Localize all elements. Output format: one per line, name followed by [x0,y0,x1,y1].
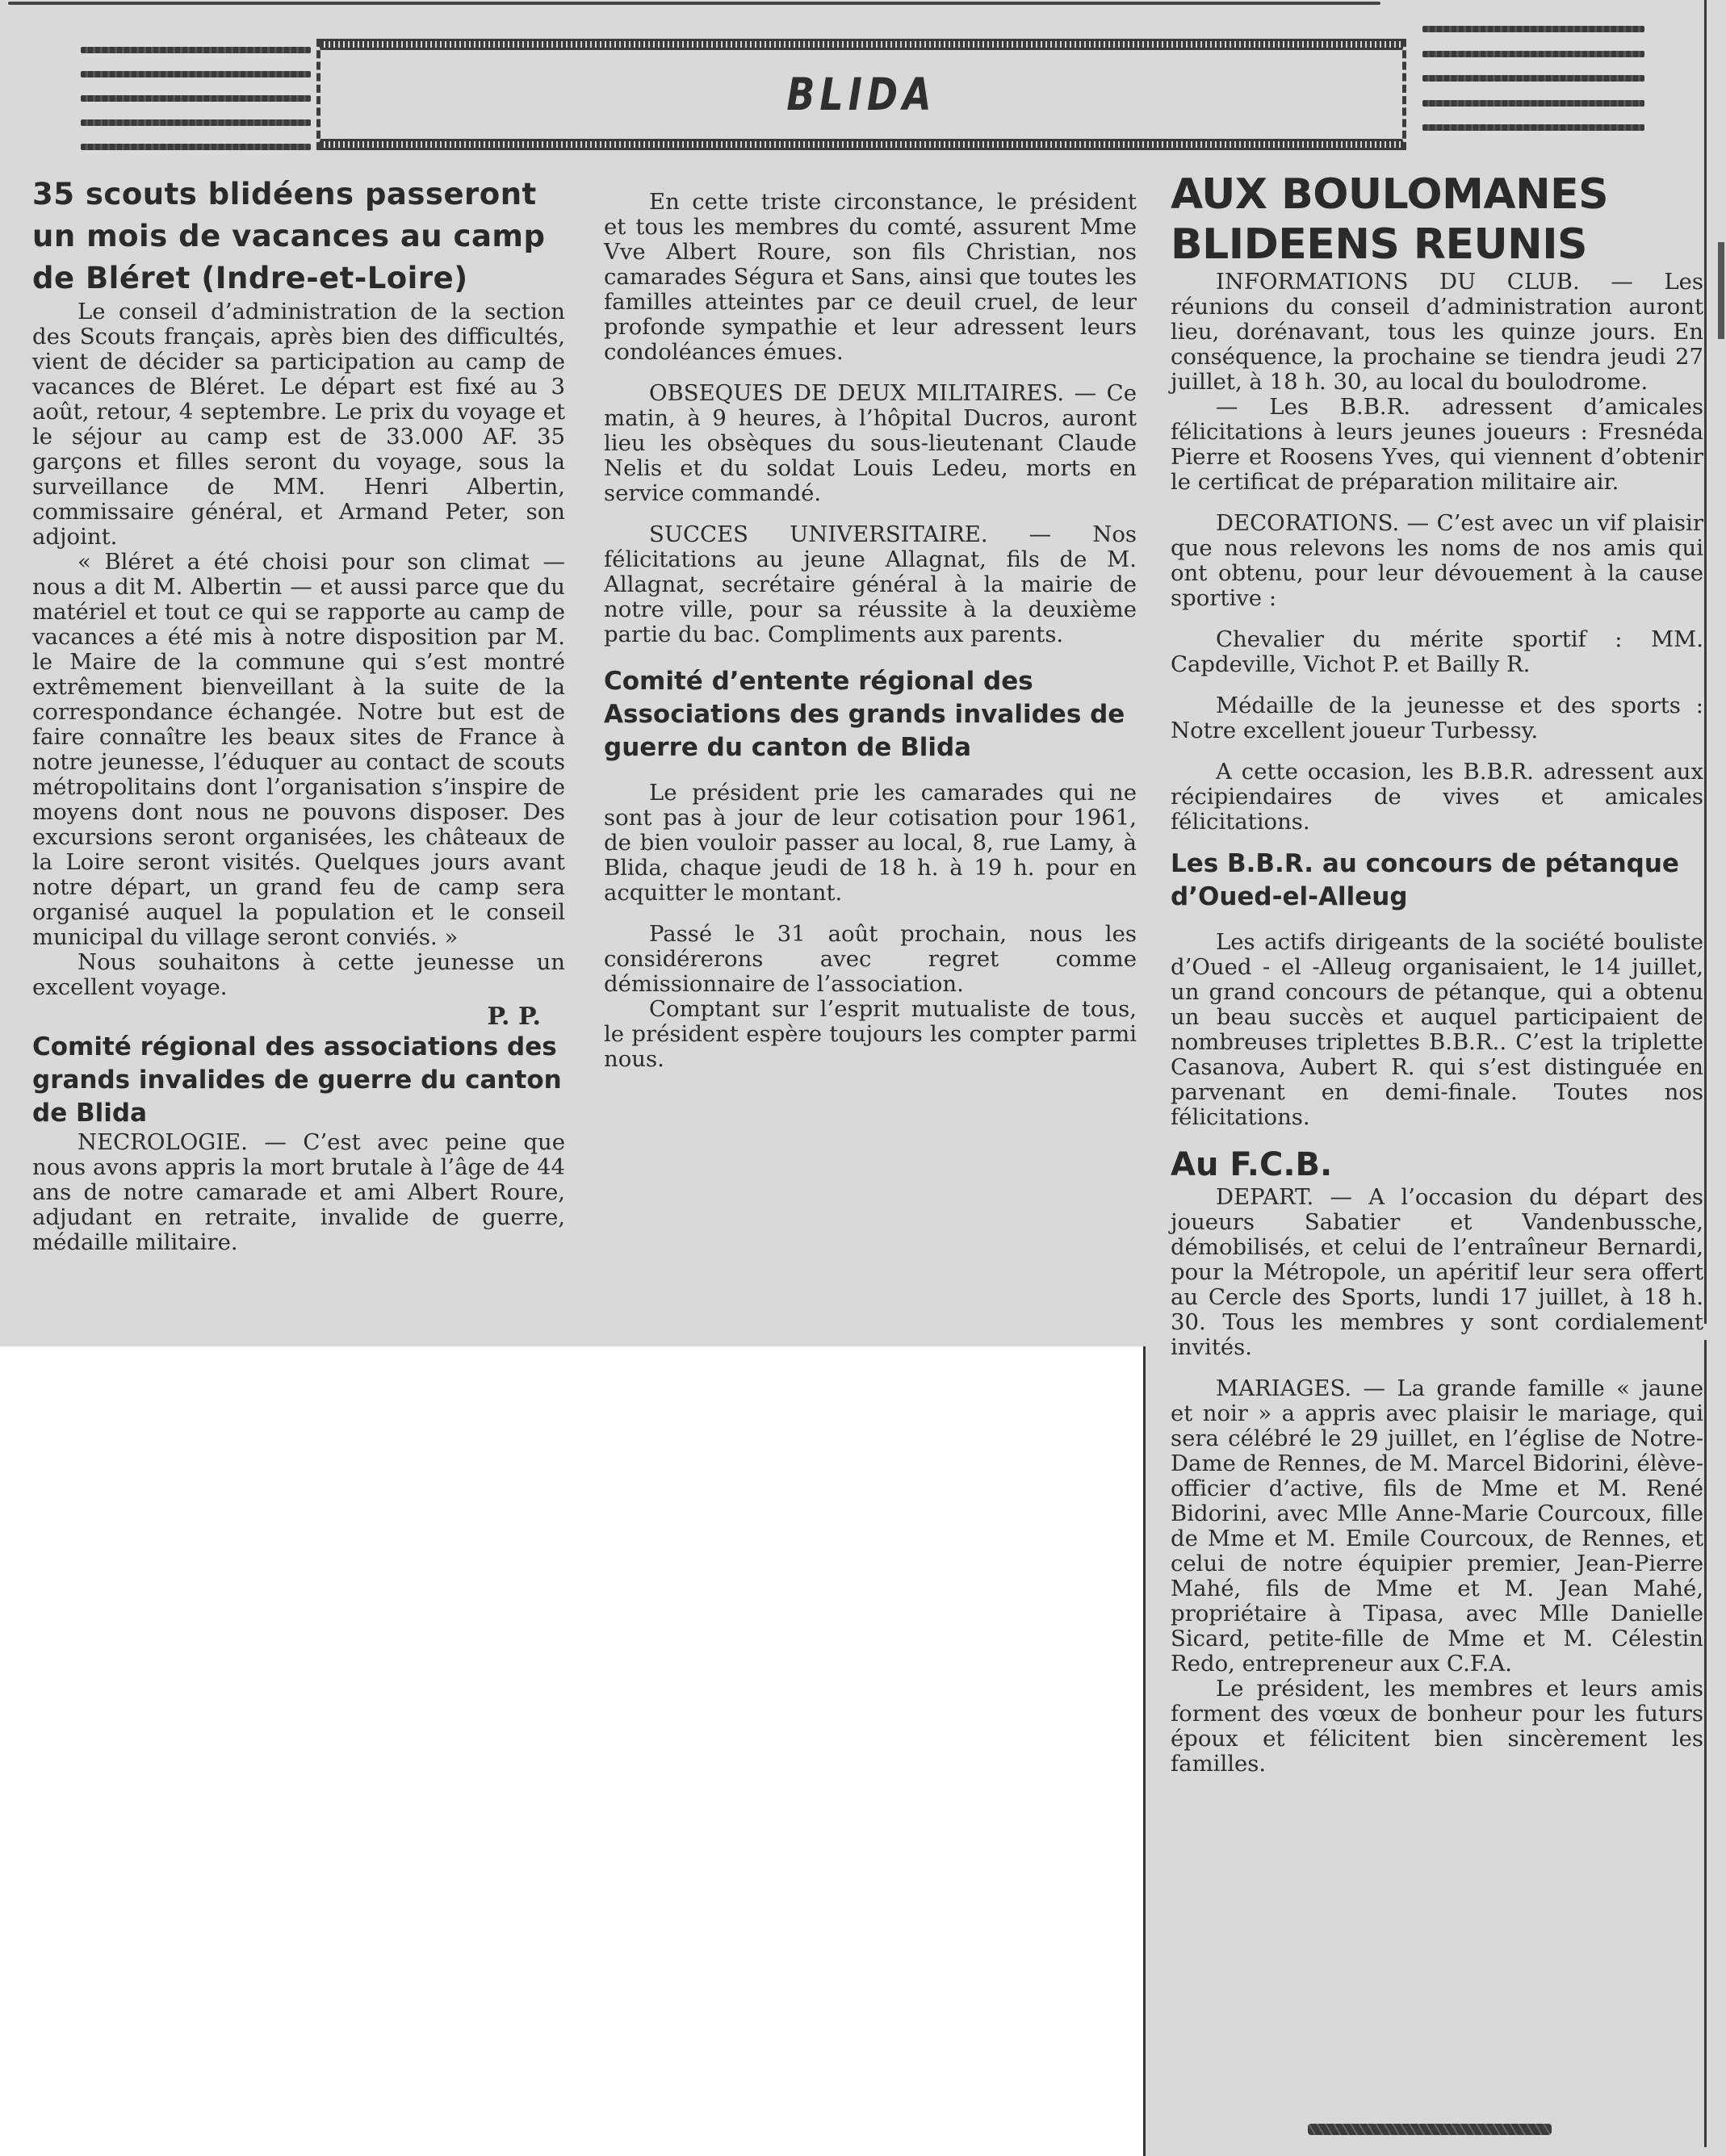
paragraph: Comptant sur l’esprit mutualiste de tous… [604,997,1137,1072]
paragraph: DECORATIONS. — C’est avec un vif plaisir… [1171,511,1703,611]
paragraph: INFORMATIONS DU CLUB. — Les réunions du … [1171,270,1703,395]
paragraph: Le conseil d’administration de la sectio… [32,299,565,550]
masthead-ornament-right [1422,26,1644,131]
paragraph: DEPART. — A l’occasion du départ des jou… [1171,1185,1703,1360]
paragraph: OBSEQUES DE DEUX MILITAIRES. — Ce matin,… [604,381,1137,506]
paragraph: NECROLOGIE. — C’est avec peine que nous … [32,1130,565,1255]
masthead-ornament-left [81,47,311,150]
headline-boulomanes: AUX BOULOMANES BLIDEENS REUNIS [1171,170,1703,270]
article-scouts: 35 scouts blidéens passeront un mois de … [32,174,565,1031]
article-comite-regional: Comité régional des associations des gra… [32,1031,565,1255]
column-rule [1704,0,1707,1324]
paragraph: MARIAGES. — La grande famille « jaune et… [1171,1376,1703,1677]
paragraph: Médaille de la jeunesse et des sports : … [1171,693,1703,743]
end-ornament [1308,2124,1552,2135]
column-3: AUX BOULOMANES BLIDEENS REUNIS INFORMATI… [1171,170,1703,1777]
paragraph: Chevalier du mérite sportif : MM. Capdev… [1171,627,1703,677]
paragraph: « Bléret a été choisi pour son climat — … [32,550,565,950]
headline-comite-entente: Comité d’entente régional des Associatio… [604,665,1137,764]
column-2: En cette triste circonstance, le préside… [604,174,1137,1072]
paragraph: Le président, les membres et leurs amis … [1171,1677,1703,1777]
paragraph: Les actifs dirigeants de la société boul… [1171,930,1703,1130]
paragraph: Nous souhaitons à cette jeunesse un exce… [32,950,565,1000]
article-comite-entente: Comité d’entente régional des Associatio… [604,665,1137,1072]
section-title: BLIDA [786,69,936,121]
top-rule [8,2,1380,5]
headline-fcb: Au F.C.B. [1171,1145,1703,1185]
headline-comite-regional: Comité régional des associations des gra… [32,1031,565,1130]
paragraph: — Les B.B.R. adressent d’amicales félici… [1171,395,1703,495]
paragraph: SUCCES UNIVERSITAIRE. — Nos félicitation… [604,522,1137,647]
adjacent-column-edge [1718,242,1724,339]
section-masthead: BLIDA [316,39,1406,150]
article-fcb: Au F.C.B. DEPART. — A l’occasion du dépa… [1171,1145,1703,1777]
column-1: 35 scouts blidéens passeront un mois de … [32,174,565,1255]
author-signature: P. P. [32,1003,565,1031]
article-boulomanes: AUX BOULOMANES BLIDEENS REUNIS INFORMATI… [1171,170,1703,835]
paragraph: En cette triste circonstance, le préside… [604,190,1137,365]
paragraph: Le président prie les camarades qui ne s… [604,781,1137,906]
paragraph: A cette occasion, les B.B.R. adressent a… [1171,760,1703,835]
article-petanque: Les B.B.R. au concours de pétanque d’Oue… [1171,848,1703,1130]
headline-petanque: Les B.B.R. au concours de pétanque d’Oue… [1171,848,1703,914]
column-rule [1704,1340,1707,2147]
paragraph: Passé le 31 août prochain, nous les cons… [604,922,1137,997]
headline-scouts: 35 scouts blidéens passeront un mois de … [32,174,565,299]
